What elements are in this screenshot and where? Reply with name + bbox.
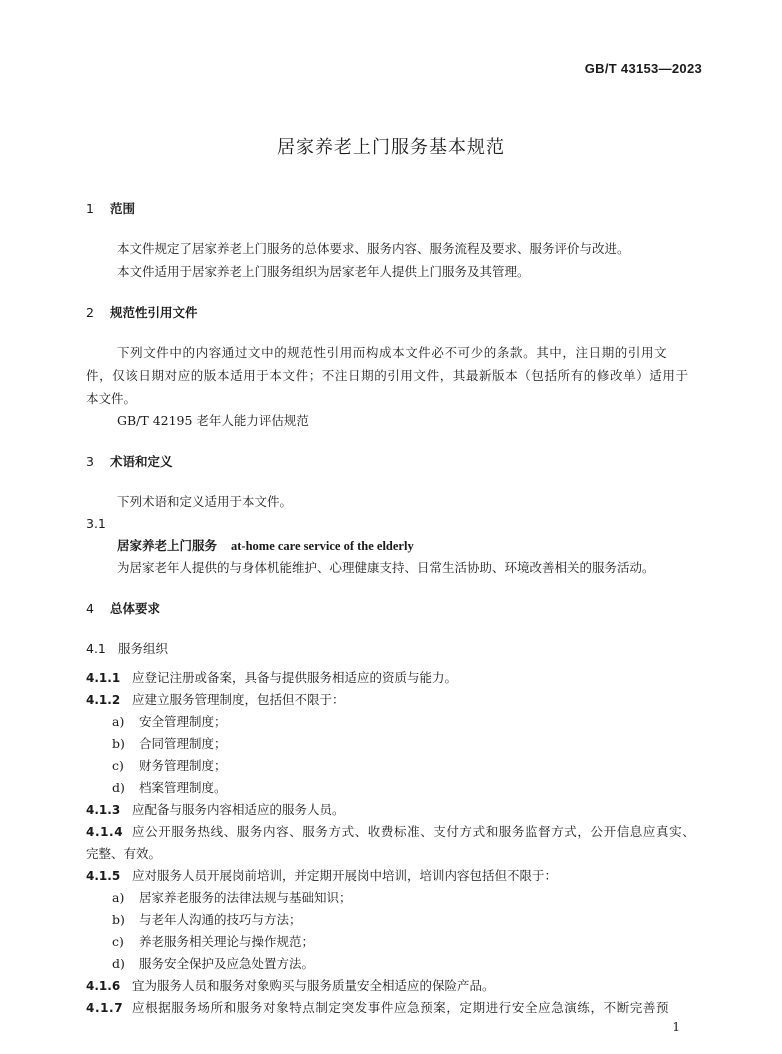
- clause-text: 应登记注册或备案，具备与提供服务相适应的资质与能力。: [132, 670, 457, 685]
- clause: 4.1.1应登记注册或备案，具备与提供服务相适应的资质与能力。: [86, 670, 457, 686]
- list-text: 安全管理制度；: [139, 714, 227, 729]
- paragraph: 下列术语和定义适用于本文件。: [117, 494, 292, 510]
- section-title: 规范性引用文件: [110, 305, 198, 320]
- section-title: 术语和定义: [110, 454, 173, 469]
- clause-number: 4.1.7: [86, 1000, 132, 1016]
- list-text: 与老年人沟通的技巧与方法；: [139, 912, 302, 927]
- list-marker: d): [112, 780, 139, 796]
- term-definition: 为居家老年人提供的与身体机能维护、心理健康支持、日常生活协助、环境改善相关的服务…: [117, 560, 655, 576]
- clause-text: 应建立服务管理制度，包括但不限于：: [132, 692, 345, 707]
- list-text: 合同管理制度；: [139, 736, 227, 751]
- clause: 4.1.7应根据服务场所和服务对象特点制定突发事件应急预案，定期进行安全应急演练…: [86, 1000, 669, 1016]
- list-item: c)财务管理制度；: [112, 758, 227, 774]
- term-entry: 居家养老上门服务at-home care service of the elde…: [117, 538, 414, 554]
- section-heading-normative-references: 2规范性引用文件: [86, 305, 198, 321]
- list-marker: d): [112, 956, 139, 972]
- clause-number: 4.1.1: [86, 670, 132, 686]
- section-heading-scope: 1范围: [86, 201, 135, 217]
- subsection-heading: 4.1服务组织: [86, 641, 168, 657]
- paragraph-line: 本文件。: [86, 391, 136, 407]
- paragraph-line: 下列文件中的内容通过文中的规范性引用而构成本文件必不可少的条款。其中，注日期的引…: [117, 345, 667, 361]
- list-marker: a): [112, 714, 139, 730]
- paragraph-line: 件，仅该日期对应的版本适用于本文件；不注日期的引用文件，其最新版本（包括所有的修…: [86, 368, 689, 384]
- clause: 4.1.5应对服务人员开展岗前培训，并定期开展岗中培训，培训内容包括但不限于：: [86, 868, 557, 884]
- clause-number: 4.1.5: [86, 868, 132, 884]
- list-item: d)服务安全保护及应急处置方法。: [112, 956, 314, 972]
- list-marker: b): [112, 736, 139, 752]
- clause: 4.1.6宜为服务人员和服务对象购买与服务质量安全相适应的保险产品。: [86, 978, 495, 994]
- clause: 4.1.3应配备与服务内容相适应的服务人员。: [86, 802, 345, 818]
- clause: 4.1.4应公开服务热线、服务内容、服务方式、收费标准、支付方式和服务监督方式，…: [86, 824, 695, 840]
- list-item: c)养老服务相关理论与操作规范；: [112, 934, 314, 950]
- list-item: a)居家养老服务的法律法规与基础知识；: [112, 890, 352, 906]
- section-title: 范围: [110, 201, 135, 216]
- page-number: 1: [672, 1020, 680, 1034]
- term-number: 3.1: [86, 516, 106, 532]
- clause-number: 4.1.6: [86, 978, 132, 994]
- clause-number: 4.1.4: [86, 824, 132, 840]
- list-text: 档案管理制度。: [139, 780, 227, 795]
- clause: 4.1.2应建立服务管理制度，包括但不限于：: [86, 692, 345, 708]
- section-number: 4: [86, 601, 110, 617]
- list-item: d)档案管理制度。: [112, 780, 227, 796]
- list-text: 居家养老服务的法律法规与基础知识；: [139, 890, 352, 905]
- reference-item: GB/T 42195 老年人能力评估规范: [117, 413, 309, 429]
- clause-number: 4.1.2: [86, 692, 132, 708]
- clause-number: 4.1.3: [86, 802, 132, 818]
- section-number: 2: [86, 305, 110, 321]
- list-text: 养老服务相关理论与操作规范；: [139, 934, 314, 949]
- list-marker: a): [112, 890, 139, 906]
- list-text: 服务安全保护及应急处置方法。: [139, 956, 314, 971]
- section-title: 总体要求: [110, 601, 160, 616]
- paragraph: 本文件规定了居家养老上门服务的总体要求、服务内容、服务流程及要求、服务评价与改进…: [117, 241, 630, 257]
- section-number: 3: [86, 454, 110, 470]
- term-english: at-home care service of the elderly: [231, 539, 414, 553]
- section-number: 1: [86, 201, 110, 217]
- list-text: 财务管理制度；: [139, 758, 227, 773]
- list-marker: c): [112, 934, 139, 950]
- section-heading-terms: 3术语和定义: [86, 454, 173, 470]
- list-item: a)安全管理制度；: [112, 714, 227, 730]
- clause-text: 宜为服务人员和服务对象购买与服务质量安全相适应的保险产品。: [132, 978, 495, 993]
- standard-number: GB/T 43153—2023: [585, 61, 702, 76]
- clause-continuation: 完整、有效。: [86, 846, 161, 862]
- clause-text: 应根据服务场所和服务对象特点制定突发事件应急预案，定期进行安全应急演练，不断完善…: [132, 1000, 669, 1015]
- list-marker: b): [112, 912, 139, 928]
- subsection-number: 4.1: [86, 641, 118, 657]
- paragraph: 本文件适用于居家养老上门服务组织为居家老年人提供上门服务及其管理。: [117, 264, 530, 280]
- list-item: b)合同管理制度；: [112, 736, 227, 752]
- section-heading-general-requirements: 4总体要求: [86, 601, 160, 617]
- subsection-title: 服务组织: [118, 641, 168, 656]
- list-item: b)与老年人沟通的技巧与方法；: [112, 912, 302, 928]
- clause-text: 应公开服务热线、服务内容、服务方式、收费标准、支付方式和服务监督方式，公开信息应…: [132, 824, 695, 839]
- term-chinese: 居家养老上门服务: [117, 538, 217, 553]
- clause-text: 应配备与服务内容相适应的服务人员。: [132, 802, 345, 817]
- document-title: 居家养老上门服务基本规范: [0, 133, 782, 159]
- clause-text: 应对服务人员开展岗前培训，并定期开展岗中培训，培训内容包括但不限于：: [132, 868, 557, 883]
- list-marker: c): [112, 758, 139, 774]
